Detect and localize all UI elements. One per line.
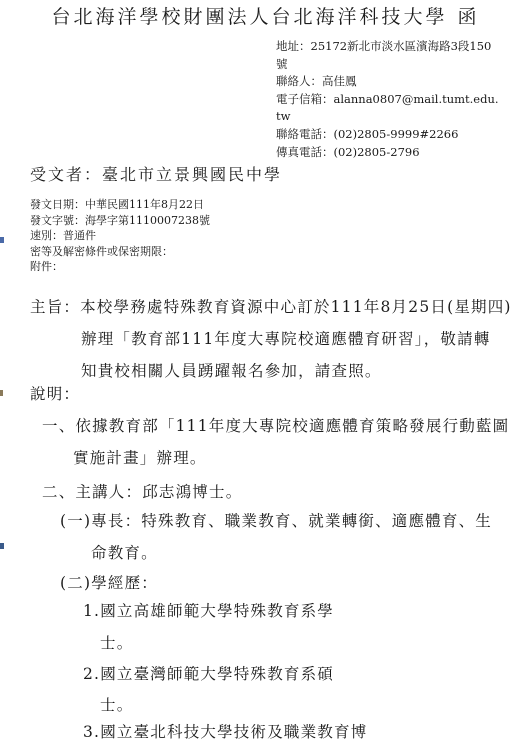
official-letter-page: 台北海洋學校財團法人台北海洋科技大學函 地址：25172新北市淡水區濱海路3段1… [0, 0, 531, 742]
issue-date: 發文日期：中華民國111年8月22日 [30, 197, 210, 213]
subject-line-1: 主旨：本校學務處特殊教育資源中心訂於111年8月25日(星期四) [30, 291, 512, 323]
subject-label: 主旨： [30, 298, 80, 316]
explanation-item-1-line-1: 一、依據教育部「111年度大專院校適應體育策略發展行動藍圖 [42, 410, 509, 442]
margin-binding-mark [0, 543, 4, 549]
delivery-speed: 速別：普通件 [30, 228, 210, 244]
email-line-1: 電子信箱：alanna0807@mail.tumt.edu. [276, 91, 516, 109]
confidentiality: 密等及解密條件或保密期限： [30, 244, 210, 260]
explanation-item-1-line-2: 實施計畫」辦理。 [73, 442, 207, 474]
background-entry-3-line-1: 3.國立臺北科技大學技術及職業教育博 [83, 716, 367, 742]
background-entry-1-line-2: 士。 [100, 627, 133, 659]
margin-binding-mark [0, 390, 3, 396]
document-meta: 發文日期：中華民國111年8月22日 發文字號：海學字第1110007238號 … [30, 197, 210, 275]
email-line-2: tw [276, 108, 516, 126]
contact-person: 聯絡人：高佳鳳 [276, 73, 516, 91]
explanation-item-2: 二、主講人：邱志鴻博士。 [42, 476, 242, 508]
institution-name: 台北海洋學校財團法人台北海洋科技大學 [51, 6, 447, 28]
address-line-2: 號 [276, 56, 516, 74]
background-entry-1-line-1: 1.國立高雄師範大學特殊教育系學 [83, 595, 334, 627]
subject-line-2: 辦理「教育部111年度大專院校適應體育研習」，敬請轉 [30, 323, 512, 355]
specialty-line-2: 命教育。 [91, 537, 158, 569]
sender-info-block: 地址：25172新北市淡水區濱海路3段150 號 聯絡人：高佳鳳 電子信箱：al… [276, 38, 516, 161]
fax-number: 傳真電話：(02)2805-2796 [276, 144, 516, 162]
margin-binding-mark [0, 237, 4, 243]
background-entry-2-line-1: 2.國立臺灣師範大學特殊教育系碩 [83, 658, 334, 690]
address-line-1: 地址：25172新北市淡水區濱海路3段150 [276, 38, 516, 56]
attachments: 附件： [30, 259, 210, 275]
recipient: 受文者：臺北市立景興國民中學 [30, 164, 282, 186]
issue-number: 發文字號：海學字第1110007238號 [30, 213, 210, 229]
explanation-label: 說明： [30, 383, 80, 405]
letter-title: 台北海洋學校財團法人台北海洋科技大學函 [0, 4, 531, 30]
specialty-line-1: (一)專長：特殊教育、職業教育、就業轉銜、適應體育、生 [60, 505, 492, 537]
letter-type: 函 [458, 6, 480, 28]
subject-line-3: 知貴校相關人員踴躍報名參加，請查照。 [30, 355, 512, 387]
contact-phone: 聯絡電話：(02)2805-9999#2266 [276, 126, 516, 144]
subject-text-1: 本校學務處特殊教育資源中心訂於111年8月25日(星期四) [80, 298, 512, 316]
subject-section: 主旨：本校學務處特殊教育資源中心訂於111年8月25日(星期四) 辦理「教育部1… [30, 291, 512, 387]
